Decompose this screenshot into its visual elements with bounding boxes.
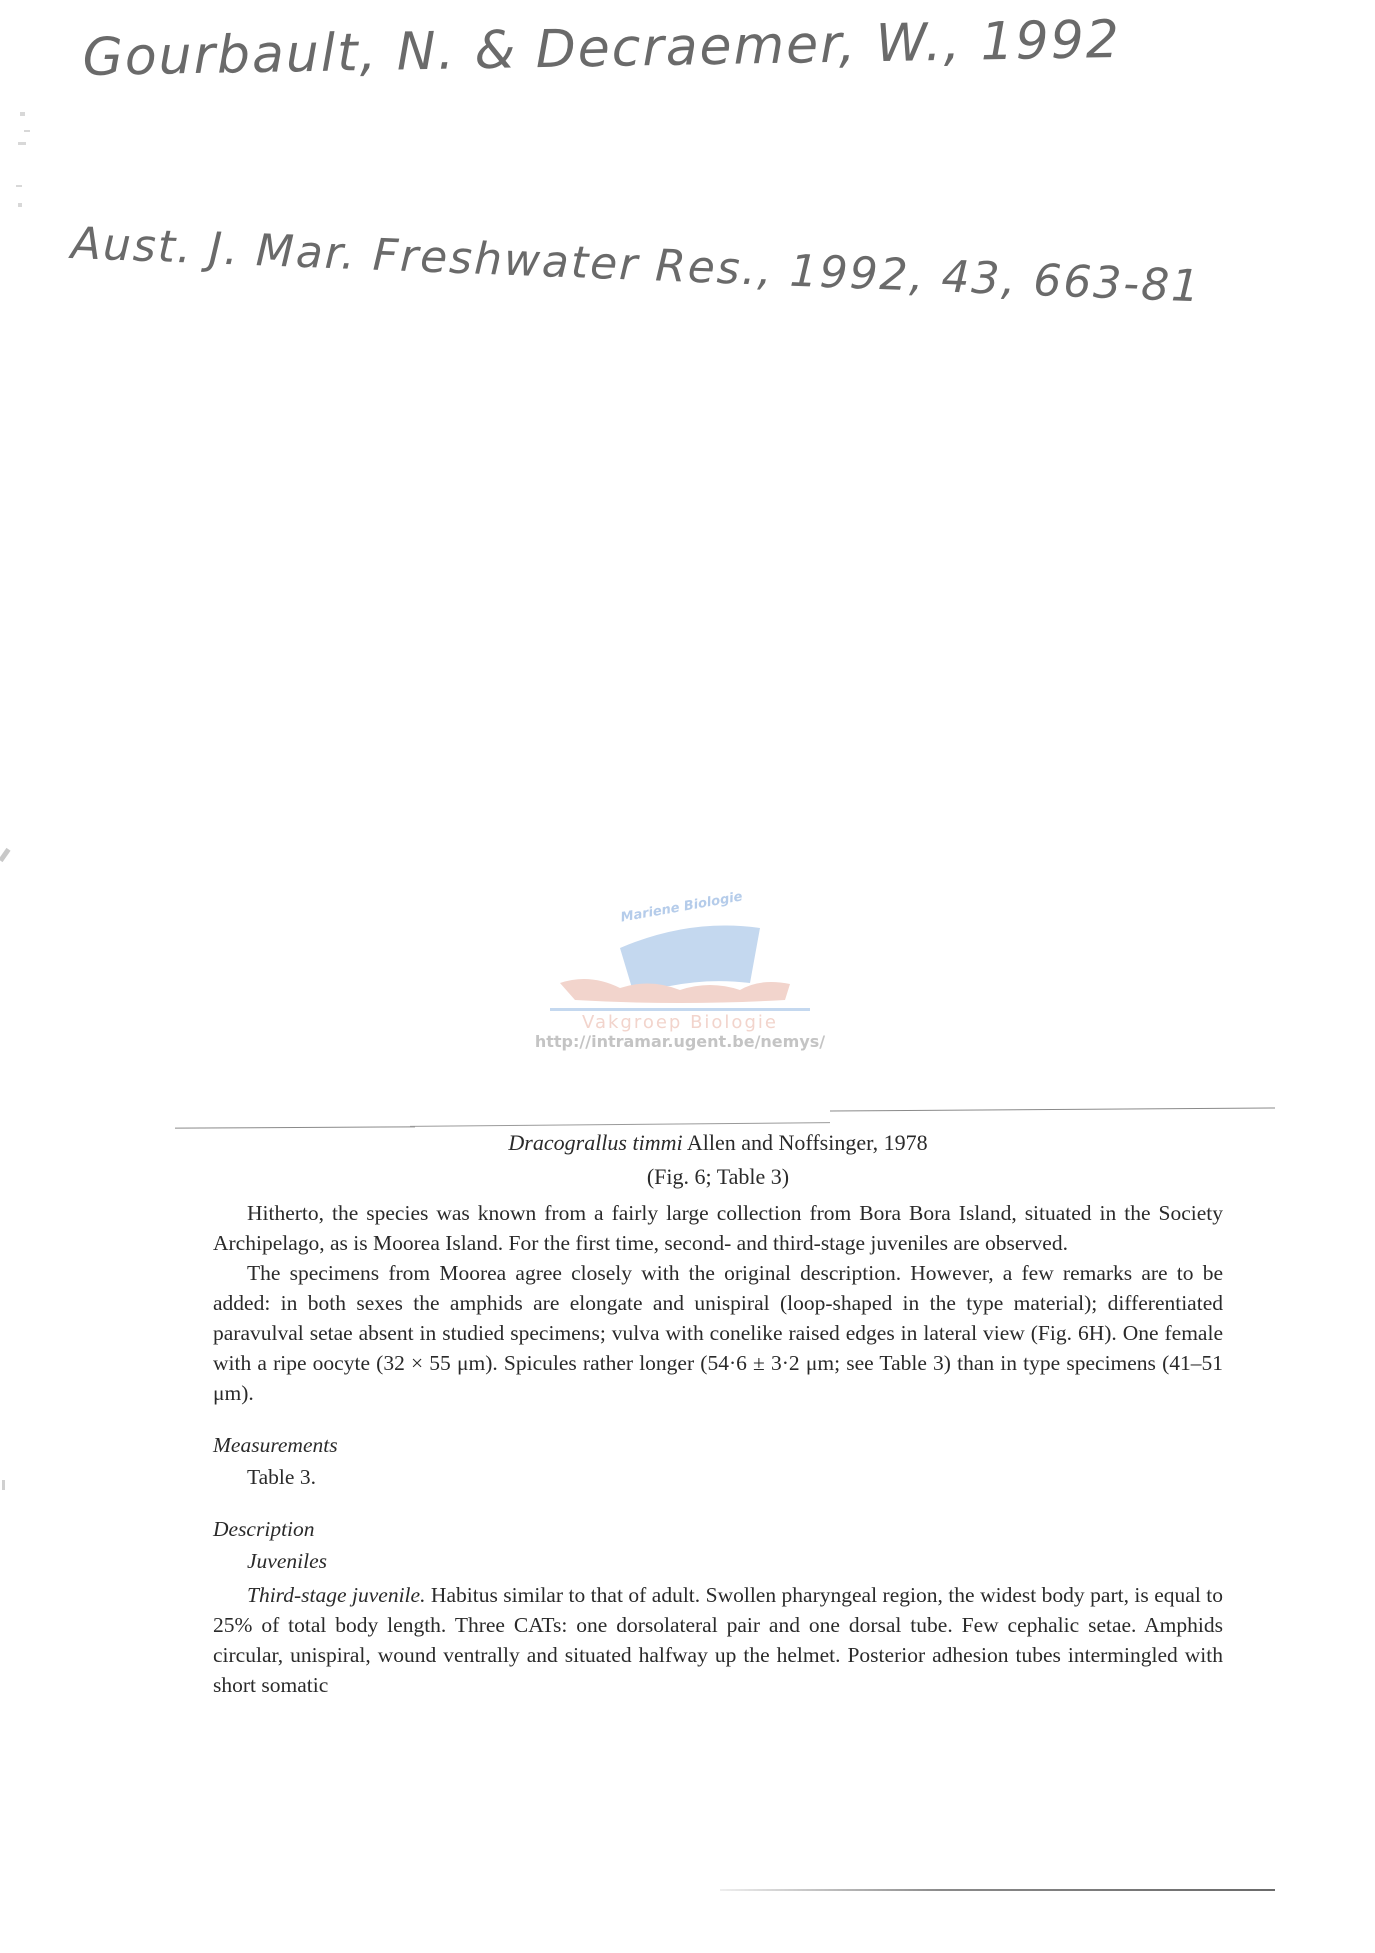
species-name: Dracograllus timmi [508,1130,682,1155]
scan-margin-mark [18,142,26,145]
ship-logo-icon [560,908,800,1008]
scan-margin-mark [20,112,25,116]
juveniles-subheading: Juveniles [247,1546,1223,1576]
scan-margin-mark [2,1480,5,1490]
handwritten-journal-note: Aust. J. Mar. Freshwater Res., 1992, 43,… [70,218,1202,312]
measurements-body: Table 3. [247,1462,1223,1492]
description-heading: Description [213,1514,1223,1544]
species-heading: Dracograllus timmi Allen and Noffsinger,… [213,1128,1223,1158]
paragraph-third-stage-juvenile: Third-stage juvenile. Habitus similar to… [213,1580,1223,1700]
figure-table-reference: (Fig. 6; Table 3) [213,1162,1223,1192]
page-bottom-line [720,1889,1275,1891]
article-body: Dracograllus timmi Allen and Noffsinger,… [213,1128,1223,1700]
watermark-department: Vakgroep Biologie [550,1008,810,1033]
paragraph-distribution: Hitherto, the species was known from a f… [213,1198,1223,1258]
paragraph-remarks: The specimens from Moorea agree closely … [213,1258,1223,1408]
section-divider [830,1107,1275,1111]
scan-margin-mark [18,203,22,207]
scan-margin-mark [24,130,30,132]
watermark-url: http://intramar.ugent.be/nemys/ [520,1032,840,1051]
species-authority: Allen and Noffsinger, 1978 [683,1130,928,1155]
handwritten-author-note: Gourbault, N. & Decraemer, W., 1992 [82,10,1121,88]
scan-margin-mark [16,185,22,187]
measurements-heading: Measurements [213,1430,1223,1460]
section-divider [410,1122,830,1127]
institution-watermark: Mariene Biologie Vakgroep Biologie http:… [520,890,840,1060]
scan-margin-mark [0,848,11,862]
third-stage-juvenile-label: Third-stage juvenile. [247,1583,425,1607]
